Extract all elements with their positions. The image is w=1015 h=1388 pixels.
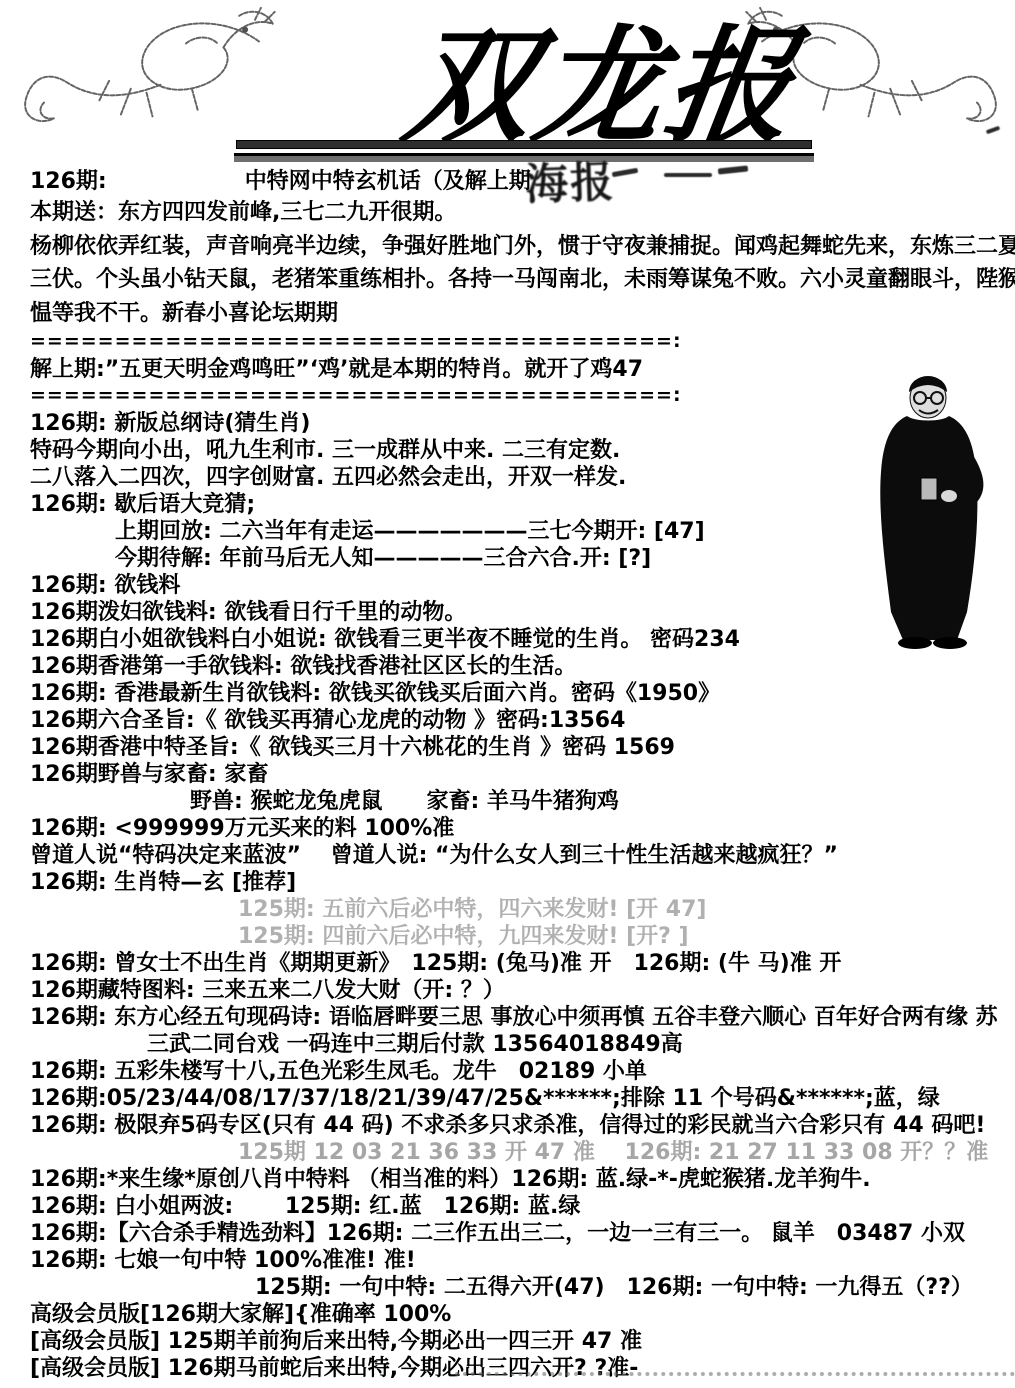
text-line: 126期: <999999万元买来的料 100%准 [30, 816, 1015, 843]
text-line: ======================================: [30, 330, 1015, 357]
text-line: 126期藏特图料: 三来五来二八发大财（开: ？） [30, 978, 1015, 1005]
portrait-photo [845, 360, 1013, 650]
text-line: 126期: 极限弃5码专区(只有 44 码) 不求杀多只求杀准，信得过的彩民就当… [30, 1113, 1015, 1140]
text-line: 126期:*来生缘*原创八肖中特料 （相当准的料）126期: 蓝.绿-*-虎蛇猴… [30, 1167, 1015, 1194]
text-line: 126期: 香港最新生肖欲钱料: 欲钱买欲钱买后面六肖。密码《1950》 [30, 681, 1015, 708]
text-line: 126期: 曾女士不出生肖《期期更新》 125期: (兔马)准 开 126期: … [30, 951, 1015, 978]
text-line: 愠等我不干。新春小喜论坛期期 [30, 297, 1015, 331]
title-rule-top [236, 140, 812, 149]
text-line: 三伏。个头虽小钻天鼠，老猪笨重练相扑。各持一马闯南北，未雨筹谋兔不败。六小灵童翻… [30, 263, 1015, 297]
text-line: 125期: 五前六后必中特，四六来发财! [开 47] [30, 897, 1015, 924]
dragon-icon [8, 4, 293, 142]
text-line: 126期: 七娘一句中特 100%准准! 准! [30, 1248, 1015, 1275]
scanned-lottery-flyer: { "colors": { "ink": "#000000", "ghost_g… [0, 0, 1015, 1388]
text-line: [高级会员版] 125期羊前狗后来出特,今期必出一四三开 47 准 [30, 1329, 1015, 1356]
text-line: 126期野兽与家畜: 家畜 [30, 762, 1015, 789]
text-line: 杨柳依依弄红装，声音响亮半边续，争强好胜地门外，惯于守夜兼捕捉。闻鸡起舞蛇先来，… [30, 230, 1015, 264]
text-line: 125期 12 03 21 36 33 开 47 准 126期: 21 27 1… [30, 1140, 1015, 1167]
text-line: 126期:05/23/44/08/17/37/18/21/39/47/25&**… [30, 1086, 1015, 1113]
text-line: 野兽: 猴蛇龙兔虎鼠 家畜: 羊马牛猪狗鸡 [30, 789, 1015, 816]
text-line: 126期香港中特圣旨:《 欲钱买三月十六桃花的生肖 》密码 1569 [30, 735, 1015, 762]
dotted-rule [455, 1372, 1015, 1376]
text-line: 高级会员版[126期大家解]{准确率 100% [30, 1302, 1015, 1329]
text-line: 三武二同台戏 一码连中三期后付款 13564018849高 [30, 1032, 1015, 1059]
text-line: 126期六合圣旨:《 欲钱买再猜心龙虎的动物 》密码:13564 [30, 708, 1015, 735]
text-line: 126期: 五彩朱楼写十八,五色光彩生凤毛。龙牛 02189 小单 [30, 1059, 1015, 1086]
text-line: 本期送：东方四四发前峰,三七二九开很期。 [30, 196, 1015, 230]
lead-row: 126期:中特网中特玄机话（及解上期 [30, 164, 531, 196]
text-line: 126期:【六合杀手精选劲料】126期: 二三作五出三二，一边一三有三一。 鼠羊… [30, 1221, 1015, 1248]
text-line: 126期香港第一手欲钱料: 欲钱找香港社区区长的生活。 [30, 654, 1015, 681]
text-line: 126期: 东方心经五句现码诗: 语临唇畔要三思 事放心中须再慎 五谷丰登六顺心… [30, 1005, 1015, 1032]
ink-smear [664, 173, 712, 177]
lead-subtitle: 中特网中特玄机话（及解上期 [245, 164, 531, 195]
text-line: 曾道人说“特码决定来蓝波” 曾道人说: “为什么女人到三十性生活越来越疯狂？” [30, 843, 1015, 870]
text-line: 126期: 生肖特—玄 [推荐] [30, 870, 1015, 897]
text-line: [高级会员版] 126期马前蛇后来出特,今期必出三四六开? ?准- [30, 1356, 1015, 1383]
text-line: 125期: 一句中特: 二五得六开(47) 126期: 一句中特: 一九得五（?… [30, 1275, 1015, 1302]
issue-label: 126期: [30, 164, 107, 195]
ink-smear [612, 168, 638, 177]
text-line: 126期: 白小姐两波: 125期: 红.蓝 126期: 蓝.绿 [30, 1194, 1015, 1221]
masthead: 双龙报 海报 [0, 0, 1015, 165]
text-line: 125期: 四前六后必中特，九四来发财! [开? ] [30, 924, 1015, 951]
